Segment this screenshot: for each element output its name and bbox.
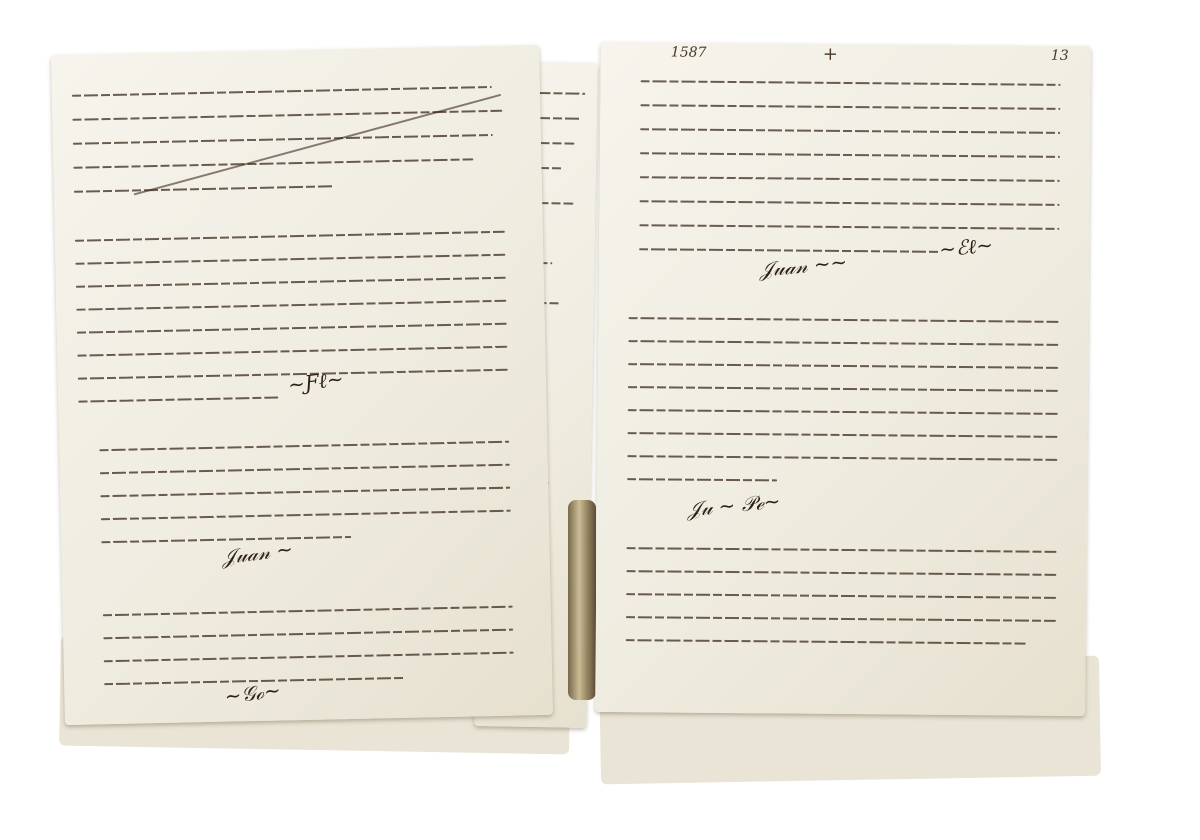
signature-6: 𝒥𝓊 ~ 𝒫ℯ~ xyxy=(686,489,781,522)
cross-mark: + xyxy=(823,44,838,65)
left-page: ~Ƒℓ~ 𝒥𝓊𝒶𝓃 ~ ~𝒢ℴ~ xyxy=(51,45,553,725)
signature-2: 𝒥𝓊𝒶𝓃 ~ xyxy=(220,537,294,570)
right-page: 1587 + 13 𝒥𝓊𝒶𝓃 ~~ ~ℰℓ~ 𝒥𝓊 ~ 𝒫ℯ~ xyxy=(595,42,1091,716)
signature-1: ~Ƒℓ~ xyxy=(287,366,345,398)
signature-5: ~ℰℓ~ xyxy=(938,233,994,263)
binding-thread xyxy=(568,500,596,700)
signature-4: 𝒥𝓊𝒶𝓃 ~~ xyxy=(758,249,848,281)
year-mark: 1587 xyxy=(671,44,707,60)
folio-number: 13 xyxy=(1051,48,1069,64)
